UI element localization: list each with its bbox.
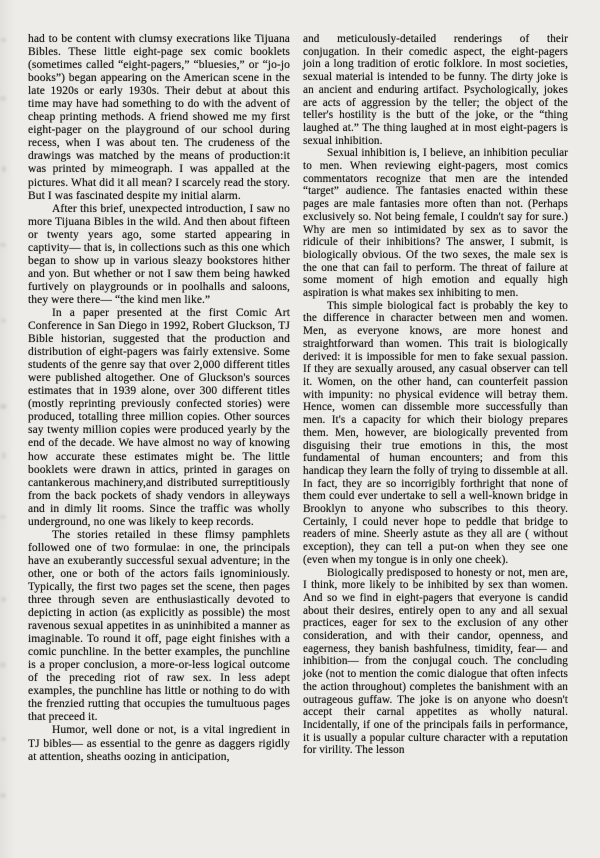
scan-artifact <box>0 515 6 519</box>
scanned-book-page: had to be content with clumsy execration… <box>0 0 600 858</box>
paragraph: After this brief, unexpected introductio… <box>28 203 290 307</box>
right-text-column: and meticulously-detailed renderings of … <box>303 33 568 838</box>
scan-artifact <box>2 166 6 172</box>
paragraph: Sexual inhibition is, I believe, an inhi… <box>303 147 568 299</box>
scan-artifact <box>1 38 6 42</box>
paragraph: In a paper presented at the first Comic … <box>28 307 290 529</box>
paragraph: Humor, well done or not, is a vital ingr… <box>28 724 290 763</box>
scan-artifact <box>1 597 6 602</box>
left-text-column: had to be content with clumsy execration… <box>28 33 290 833</box>
scan-artifact <box>1 737 6 741</box>
scan-artifact <box>0 793 6 798</box>
scan-artifact <box>0 243 6 247</box>
paragraph: and meticulously-detailed renderings of … <box>303 33 568 147</box>
scan-artifact <box>0 662 6 668</box>
scan-artifact <box>1 318 6 323</box>
paragraph: This simple biological fact is probably … <box>303 300 568 567</box>
scan-artifact <box>2 452 6 459</box>
paragraph: The stories retailed in these flimsy pam… <box>28 529 290 725</box>
paragraph: Biologically predisposed to honesty or n… <box>303 567 568 758</box>
paragraph: had to be content with clumsy execration… <box>28 33 290 203</box>
scan-artifact <box>0 404 7 409</box>
scan-artifact <box>0 96 6 101</box>
